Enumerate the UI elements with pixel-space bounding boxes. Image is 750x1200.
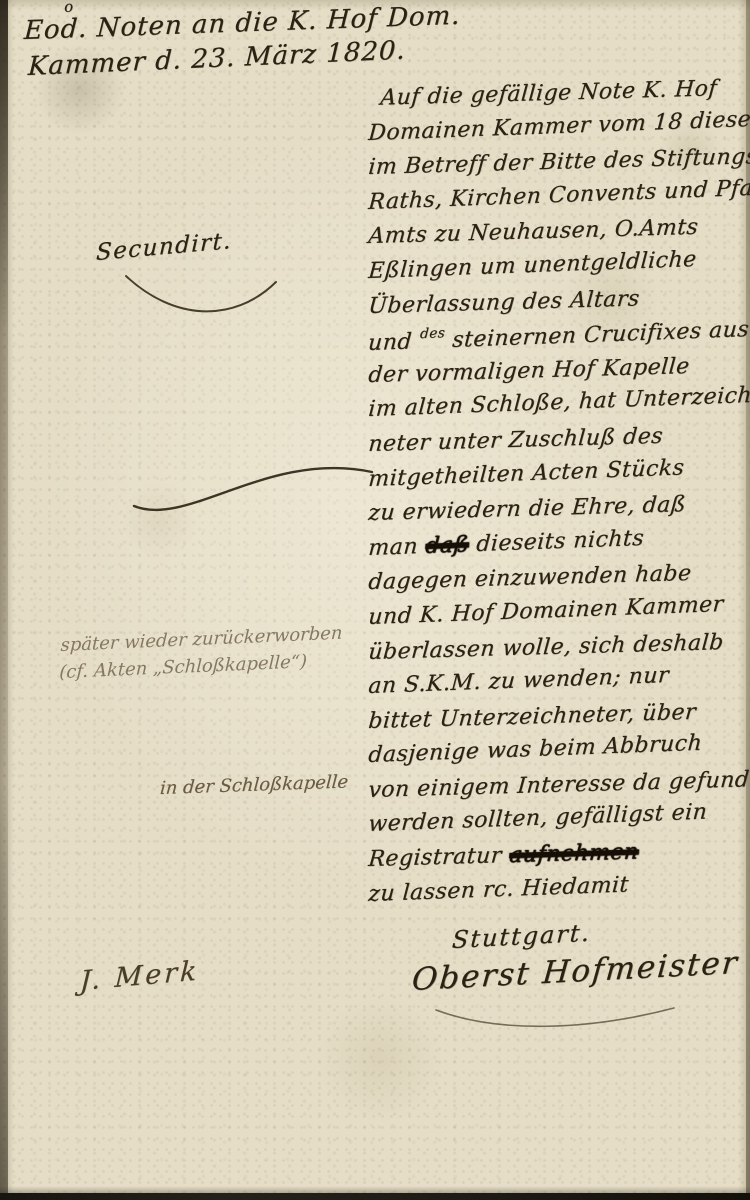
signature-underline-flourish (430, 1000, 680, 1040)
margin-note-chapel: in der Schloßkapelle (159, 771, 349, 799)
text-segment: steinernen Crucifixes aus (444, 317, 750, 353)
letter-page: o Eod. Noten an die K. Hof Dom. Kammer d… (0, 0, 750, 1200)
secundirt-underline-flourish (118, 268, 288, 328)
struck-word: aufnehmen (508, 839, 639, 868)
struck-word: daß (425, 532, 470, 559)
margin-note-secundirt: Secundirt. (96, 228, 233, 266)
text-segment: man (367, 534, 426, 561)
scan-edge-left (0, 0, 8, 1200)
text-segment: und (367, 329, 420, 356)
scan-edge-bottom (0, 1193, 750, 1200)
closing-place: Stuttgart. (451, 919, 592, 954)
letter-body: Auf die gefällige Note K. HofDomainen Ka… (368, 86, 744, 916)
inserted-word: des (419, 325, 445, 342)
margin-flourish-line (128, 432, 378, 532)
text-segment: Registratur (367, 843, 510, 872)
text-segment: Auf die gefällige Note K. Hof (379, 76, 718, 110)
clerk-signature: J. Merk (79, 955, 200, 997)
margin-pencil-note: später wieder zurückerworben (cf. Akten … (59, 620, 343, 686)
